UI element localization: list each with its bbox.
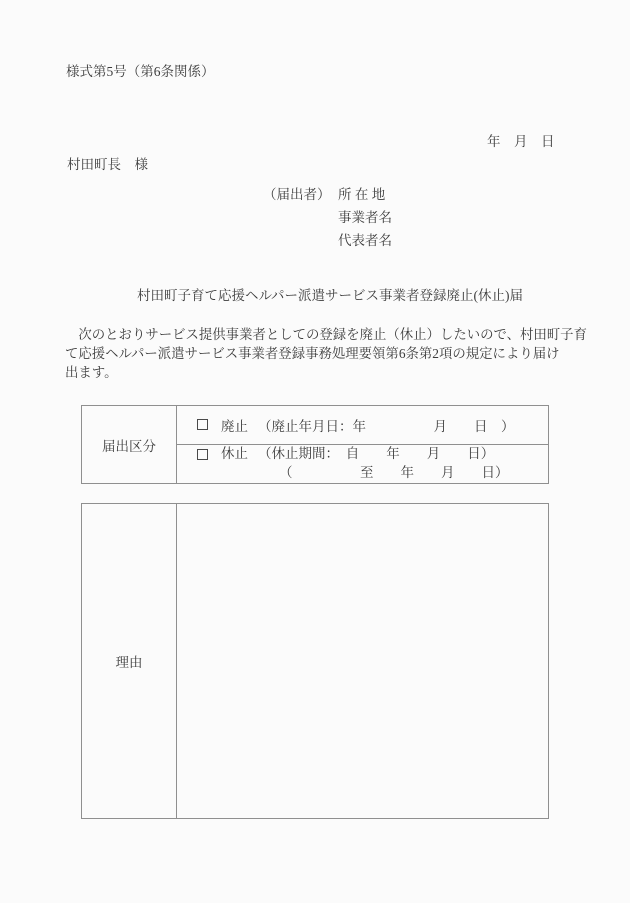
suspension-option-row: 休止 （休止期間： 自 年 月 日） （ 至 年 月 日） (177, 445, 548, 484)
reason-table-header: 理由 (82, 504, 177, 818)
date-line: 年 月 日 (487, 133, 555, 151)
abolition-option-row: 廃止 （廃止年月日：年 月 日 ） (177, 406, 548, 445)
suspension-option-label: 休止 (221, 445, 248, 464)
notifier-prefix: （届出者） (263, 186, 331, 204)
body-line-3: 出ます。 (65, 363, 565, 382)
form-number: 様式第5号（第6条関係） (66, 63, 215, 81)
abolition-checkbox[interactable] (197, 419, 208, 430)
suspension-period-to-detail: （ 至 年 月 日） (279, 464, 509, 483)
category-table: 届出区分 廃止 （廃止年月日：年 月 日 ） 休止 （休止期間： 自 年 月 日… (81, 405, 549, 484)
addressee: 村田町長 様 (67, 156, 148, 174)
suspension-period-from-detail: （休止期間： 自 年 月 日） (258, 445, 494, 464)
document-title: 村田町子育て応援ヘルパー派遣サービス事業者登録廃止(休止)届 (137, 287, 523, 305)
notifier-field-business-name: 事業者名 (338, 209, 392, 227)
category-table-header: 届出区分 (82, 406, 177, 483)
abolition-date-detail: （廃止年月日：年 月 日 ） (258, 415, 515, 435)
body-paragraph: 次のとおりサービス提供事業者としての登録を廃止（休止）したいので、村田町子育 て… (65, 325, 565, 382)
notifier-field-representative-name: 代表者名 (338, 232, 392, 250)
suspension-checkbox[interactable] (197, 449, 208, 460)
reason-blank-area (177, 504, 548, 818)
document-page: 様式第5号（第6条関係） 年 月 日 村田町長 様 （届出者） 所 在 地 事業… (0, 0, 630, 903)
body-line-2: て応援ヘルパー派遣サービス事業者登録事務処理要領第6条第2項の規定により届け (65, 344, 565, 363)
body-line-1: 次のとおりサービス提供事業者としての登録を廃止（休止）したいので、村田町子育 (65, 325, 565, 344)
notifier-field-location: 所 在 地 (338, 186, 385, 204)
reason-table: 理由 (81, 503, 549, 819)
abolition-option-label: 廃止 (221, 415, 248, 435)
